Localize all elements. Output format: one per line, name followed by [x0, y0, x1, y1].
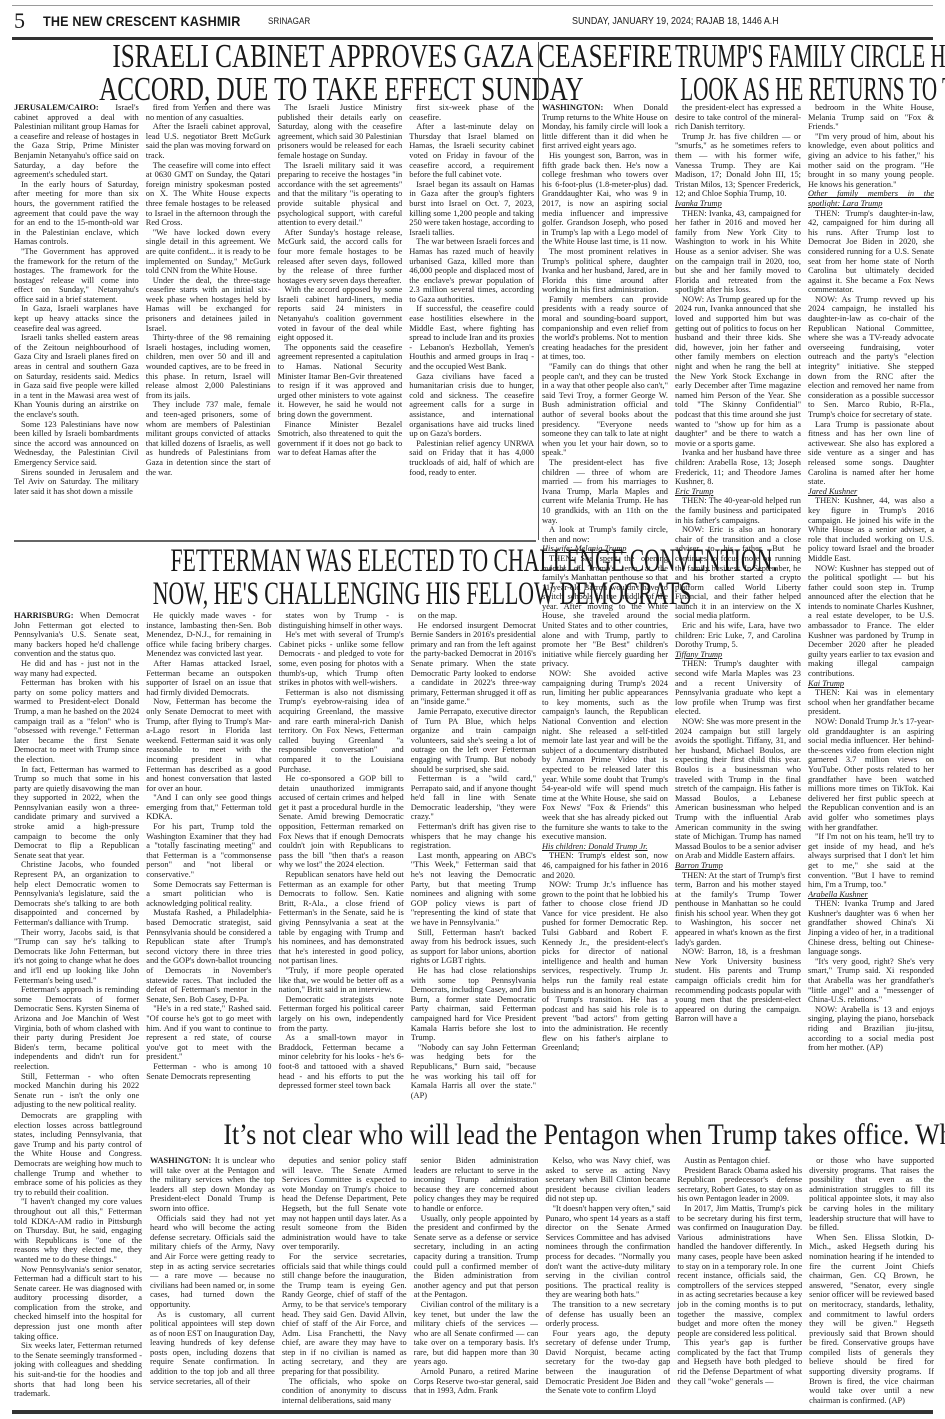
trump-paragraph: "Family can do things that other people … [542, 362, 668, 458]
pentagon-paragraph: This year's gap is further complicated b… [677, 1338, 802, 1386]
gaza-paragraph: Thirty-three of the 98 remaining Israeli… [146, 333, 271, 400]
trump-paragraph: The most prominent relatives in Trump's … [542, 247, 668, 295]
trump-paragraph: NOW: She avoided active campaigning duri… [542, 669, 668, 842]
top-rule [12, 5, 933, 6]
trump-paragraph: NOW: Kushner has stepped out of the poli… [808, 564, 934, 679]
trump-paragraph: NOW: She was more present in the 2024 ca… [675, 717, 801, 861]
fetterman-paragraph: Some Democrats say Fetterman is a smart … [146, 880, 271, 909]
gaza-paragraph: fired from Yemen and there was no mentio… [146, 103, 271, 122]
trump-paragraph: A look at Trump's family circle, then an… [542, 525, 668, 544]
trump-paragraph: THEN: Trump's daughter with second wife … [675, 659, 801, 717]
pentagon-paragraph: Arnold Punaro, a retired Marine Corps Re… [414, 1367, 539, 1396]
fetterman-paragraph: Fetterman's drift has given rise to whis… [411, 822, 536, 851]
gaza-paragraph: "The Government has approved the framewo… [14, 247, 139, 305]
trump-paragraph: The president-elect has five children — … [542, 458, 668, 525]
gaza-paragraph: Palestinian relief agency UNRWA said on … [409, 439, 534, 477]
trump-paragraph: NOW: Donald Trump Jr.'s 17-year-old gran… [808, 717, 934, 832]
fetterman-paragraph: HARRISBURG: When Democrat John Fetterman… [14, 611, 139, 659]
gaza-paragraph: Under the deal, the three-stage ceasefir… [146, 276, 271, 334]
fetterman-dateline: HARRISBURG: [14, 611, 80, 620]
pentagon-paragraph: As is customary, all current political a… [150, 1310, 275, 1387]
fetterman-col-4: on the map.He endorsed insurgent Democra… [411, 611, 536, 1111]
fetterman-body-continued: Democrats are grappling with election lo… [14, 1111, 142, 1408]
fetterman-paragraph: He has had close relationships with some… [411, 966, 536, 1043]
gaza-col-4: first six-week phase of the ceasefire.Af… [409, 103, 534, 533]
gaza-paragraph: Israeli tanks shelled eastern areas of t… [14, 333, 139, 419]
fetterman-paragraph: Fetterman - who is among 10 Senate Democ… [146, 1062, 271, 1081]
pentagon-col-3: senior Biden administration leaders are … [414, 1156, 539, 1408]
fetterman-paragraph: Democratic strategists note Fetterman fo… [279, 995, 404, 1033]
pentagon-paragraph: Four years ago, the deputy secretary of … [545, 1329, 670, 1396]
pentagon-paragraph: The transition to a new secretary of def… [545, 1300, 670, 1329]
pentagon-paragraph: Usually, only people appointed by the pr… [414, 1214, 539, 1300]
pentagon-paragraph: For the service secretaries, officials s… [282, 1252, 407, 1377]
trump-subhead: Tiffany Trump [675, 650, 801, 660]
trump-subhead: Other family members in the spotlight: L… [808, 189, 934, 208]
trump-paragraph: "I'm very proud of him, about his knowle… [808, 132, 934, 190]
trump-paragraph: THEN: The 40-year-old helped run the fam… [675, 496, 801, 525]
trump-col-2: the president-elect has expressed a desi… [675, 103, 801, 1113]
fetterman-col-3: states won by Trump - is distinguishing … [279, 611, 404, 1111]
gaza-paragraph: They include 737 male, female and teen-a… [146, 400, 271, 477]
trump-subhead: Barron Trump [675, 861, 801, 871]
edition-city: SRINAGAR [268, 16, 310, 27]
trump-paragraph: Ivanka and her husband have three childr… [675, 448, 801, 486]
fetterman-paragraph: Fetterman is also not dismissing Trump's… [279, 688, 404, 774]
gaza-paragraph: In Gaza, Israeli warplanes have kept up … [14, 304, 139, 333]
pentagon-paragraph: senior Biden administration leaders are … [414, 1156, 539, 1214]
fetterman-paragraph: For his part, Trump told the Washington … [146, 822, 271, 880]
trump-subhead: Kai Trump [808, 679, 934, 689]
fetterman-paragraph: In fact, Fetterman has warmed to Trump s… [14, 765, 139, 861]
trump-paragraph: THEN: Trump's daughter-in-law, 42, campa… [808, 209, 934, 295]
trump-paragraph: NOW: Barron, 18, is a freshman New York … [675, 947, 801, 1024]
pentagon-col-1: WASHINGTON: It is unclear who will take … [150, 1156, 275, 1408]
gaza-paragraph: The Israeli Justice Ministry published t… [278, 103, 403, 161]
fetterman-paragraph: states won by Trump - is distinguishing … [279, 611, 404, 630]
fetterman-headline-line1: FETTERMAN WAS ELECTED TO CHALLENGE CONVE… [14, 545, 536, 578]
gaza-paragraph: The Israeli military said it was prepari… [278, 161, 403, 228]
gaza-col-2: fired from Yemen and there was no mentio… [146, 103, 271, 533]
fetterman-paragraph: Last month, appearing on ABC's "This Wee… [411, 851, 536, 928]
fetterman-col-1-cont: Democrats are grappling with election lo… [14, 1111, 142, 1408]
gaza-paragraph: "We have locked down every single detail… [146, 228, 271, 276]
trump-subhead: Eric Trump [675, 487, 801, 497]
paper-name: THE NEW CRESCENT KASHMIR [43, 13, 241, 29]
gaza-paragraph: first six-week phase of the ceasefire. [409, 103, 534, 122]
pentagon-paragraph: or those who have supported diversity pr… [809, 1156, 934, 1233]
trump-paragraph: Family members can provide presidents wi… [542, 295, 668, 362]
pentagon-paragraph: The officials, who spoke on condition of… [282, 1377, 407, 1406]
gaza-paragraph: Finance Minister Bezalel Smotrich, also … [278, 420, 403, 458]
trump-paragraph: THEN: Ivanka, 43, campaigned for her fat… [675, 209, 801, 295]
gaza-paragraph: Sirens sounded in Jerusalem and Tel Aviv… [14, 468, 139, 497]
gaza-paragraph: The war between Israeli forces and Hamas… [409, 237, 534, 304]
fetterman-paragraph: Fetterman is a "wild card," Perrapato sa… [411, 774, 536, 822]
pentagon-dateline: WASHINGTON: [150, 1156, 215, 1165]
trump-paragraph: THEN: Ivanka Trump and Jared Kushner's d… [808, 899, 934, 957]
trump-paragraph: bedroom in the White House, Melania Trum… [808, 103, 934, 132]
trump-paragraph: THEN: Kushner, 44, was also a key figure… [808, 496, 934, 563]
trump-paragraph: NOW: As Trump geared up for the 2024 run… [675, 295, 801, 449]
gaza-headline-line2: ACCORD, DUE TO TAKE EFFECT SUNDAY [14, 73, 534, 107]
fetterman-paragraph: "He's in a red state," Rashed said. "Of … [146, 1004, 271, 1062]
fetterman-headline-line2: NOW, HE'S CHALLENGING HIS FELLOW DEMOCRA… [14, 578, 536, 611]
fetterman-paragraph: Fetterman's approach is reminding some D… [14, 985, 139, 1071]
gaza-paragraph: After a last-minute delay on Thursday th… [409, 122, 534, 180]
gaza-body: JERUSALEM/CAIRO: Israel's cabinet approv… [14, 103, 534, 533]
trump-subhead: Ivanka Trump [675, 199, 801, 209]
fetterman-paragraph: He did and has - just not in the way man… [14, 659, 139, 678]
trump-paragraph: His youngest son, Barron, was in fifth g… [542, 151, 668, 247]
pentagon-paragraph: Austin as Pentagon chief. [677, 1156, 802, 1166]
fetterman-paragraph: He co-sponsored a GOP bill to detain una… [279, 774, 404, 870]
fetterman-paragraph: Republican senators have held out Fetter… [279, 870, 404, 966]
fetterman-col-2: He quickly made waves - for instance, la… [146, 611, 271, 1111]
gaza-paragraph: If successful, the ceasefire could ease … [409, 304, 534, 371]
pentagon-paragraph: "It doesn't happen very often," said Pun… [545, 1204, 670, 1300]
trump-paragraph: THEN: At the start of Trump's first term… [675, 871, 801, 948]
trump-paragraph: THEN: Trump's eldest son, now 46, campai… [542, 851, 668, 880]
gaza-paragraph: After Sunday's hostage release, McGurk s… [278, 228, 403, 286]
trump-paragraph: WASHINGTON: When Donald Trump returns to… [542, 103, 668, 151]
trump-paragraph: NOW: As Trump revved up his 2024 campaig… [808, 295, 934, 420]
trump-subhead: Arabella Kushner [808, 890, 934, 900]
fetterman-paragraph: "Nobody can say John Fetterman was hedgi… [411, 1043, 536, 1101]
fetterman-paragraph: Still, Fetterman - who often mocked Manc… [14, 1072, 139, 1110]
fetterman-paragraph: As a small-town mayor in Braddock, Fette… [279, 1033, 404, 1091]
pentagon-paragraph: Kelso, who was Navy chief, was asked to … [545, 1156, 670, 1204]
pentagon-paragraph: Civilian control of the military is a ke… [414, 1300, 539, 1367]
trump-subhead: His children: Donald Trump Jr. [542, 842, 668, 852]
trump-subhead: Jared Kushner [808, 487, 934, 497]
pentagon-headline: It’s not clear who will lead the Pentago… [150, 1120, 934, 1150]
gaza-col-3: The Israeli Justice Ministry published t… [278, 103, 403, 533]
fetterman-paragraph: Mustafa Rashed, a Philadelphia-based Dem… [146, 908, 271, 1004]
trump-paragraph: Trump Jr. has five children — or "smurfs… [675, 132, 801, 199]
fetterman-paragraph: Fetterman has broken with his party on s… [14, 678, 139, 764]
section-rule [14, 540, 536, 542]
trump-paragraph: NOW: Arabella is 13 and enjoys singing, … [808, 1005, 934, 1053]
pentagon-paragraph: Officials said they had not yet heard wh… [150, 1214, 275, 1310]
pentagon-paragraph: WASHINGTON: It is unclear who will take … [150, 1156, 275, 1214]
fetterman-paragraph: Still, Fetterman hasn't backed away from… [411, 928, 536, 966]
pentagon-col-6: or those who have supported diversity pr… [809, 1156, 934, 1408]
gaza-paragraph: JERUSALEM/CAIRO: Israel's cabinet approv… [14, 103, 139, 180]
gaza-col-1: JERUSALEM/CAIRO: Israel's cabinet approv… [14, 103, 139, 533]
trump-paragraph: "If I'm not on his team, he'll try to ge… [808, 832, 934, 890]
fetterman-paragraph: Jamie Perrapato, executive director of T… [411, 707, 536, 774]
gaza-paragraph: After the Israeli cabinet approval, lead… [146, 122, 271, 160]
fetterman-col-1: HARRISBURG: When Democrat John Fetterman… [14, 611, 139, 1111]
fetterman-paragraph: on the map. [411, 611, 536, 621]
gaza-paragraph: Gaza civilians have faced a humanitarian… [409, 372, 534, 439]
column-divider [538, 42, 539, 540]
trump-paragraph: the president-elect has expressed a desi… [675, 103, 801, 132]
trump-headline-line1: TRUMP'S FAMILY CIRCLE HAS A DIFFERENT [542, 40, 934, 74]
fetterman-paragraph: He quickly made waves - for instance, la… [146, 611, 271, 659]
fetterman-paragraph: Six weeks later, Fetterman returned to t… [14, 1341, 142, 1399]
gaza-headline-line1: ISRAELI CABINET APPROVES GAZA CEASEFIRE [14, 40, 534, 74]
trump-col-3: bedroom in the White House, Melania Trum… [808, 103, 934, 1113]
fetterman-paragraph: Now, Fetterman has become the only Senat… [146, 697, 271, 793]
pentagon-paragraph: deputies and senior policy staff will le… [282, 1156, 407, 1252]
fetterman-paragraph: He's met with several of Trump's Cabinet… [279, 630, 404, 688]
pentagon-col-5: Austin as Pentagon chief.President Barac… [677, 1156, 802, 1408]
gaza-dateline: JERUSALEM/CAIRO: [14, 103, 115, 112]
trump-paragraph: THEN: Kai was in elementary school when … [808, 688, 934, 717]
page-number: 5 [14, 10, 25, 32]
trump-paragraph: Lara Trump is passionate about fitness a… [808, 420, 934, 487]
gaza-paragraph: Israel began its assault on Hamas in Gaz… [409, 180, 534, 238]
pentagon-body: WASHINGTON: It is unclear who will take … [150, 1156, 934, 1408]
fetterman-paragraph: Now Pennsylvania's senior senator, Fette… [14, 1265, 142, 1342]
pentagon-paragraph: In 2017, Jim Mattis, Trump's pick to be … [677, 1204, 802, 1338]
pentagon-paragraph: President Barack Obama asked his Republi… [677, 1166, 802, 1204]
fetterman-paragraph: Democrats are grappling with election lo… [14, 1111, 142, 1197]
trump-paragraph: Eric and his wife, Lara, have two childr… [675, 621, 801, 650]
bottom-rule [12, 1410, 933, 1414]
pentagon-col-4: Kelso, who was Navy chief, was asked to … [545, 1156, 670, 1408]
fetterman-paragraph: Christine Jacobs, who founded Represent … [14, 860, 139, 927]
gaza-paragraph: The opponents said the ceasefire agreeme… [278, 343, 403, 420]
fetterman-paragraph: "I haven't changed my core values throug… [14, 1197, 142, 1264]
gaza-paragraph: With the accord opposed by some Israeli … [278, 285, 403, 343]
trump-dateline: WASHINGTON: [542, 103, 613, 112]
fetterman-paragraph: "And I can only see good things emerging… [146, 793, 271, 822]
fetterman-paragraph: He endorsed insurgent Democrat Bernie Sa… [411, 621, 536, 707]
fetterman-paragraph: Their worry, Jacobs said, is that "Trump… [14, 928, 139, 986]
gaza-paragraph: The ceasefire will come into effect at 0… [146, 161, 271, 228]
fetterman-paragraph: After Hamas attacked Israel, Fetterman b… [146, 659, 271, 697]
issue-date: SUNDAY, JANUARY 19, 2024; RAJAB 18, 1446… [572, 15, 779, 27]
trump-paragraph: "It's very good, right? She's very smart… [808, 957, 934, 1005]
trump-paragraph: NOW: Trump Jr.'s influence has grown to … [542, 880, 668, 1053]
fetterman-paragraph: "Truly, if more people operated like tha… [279, 966, 404, 995]
gaza-paragraph: Some 123 Palestinians have now been kill… [14, 420, 139, 468]
pentagon-col-2: deputies and senior policy staff will le… [282, 1156, 407, 1408]
masthead: 5 THE NEW CRESCENT KASHMIR SRINAGAR SUND… [14, 8, 931, 34]
trump-headline-line2: LOOK AS HE RETURNS TO THE WHITE HOUSE [542, 73, 934, 107]
fetterman-body: HARRISBURG: When Democrat John Fetterman… [14, 611, 536, 1111]
gaza-paragraph: In the early hours of Saturday, after me… [14, 180, 139, 247]
pentagon-paragraph: When Sen. Elissa Slotkin, D-Mich., asked… [809, 1233, 934, 1406]
